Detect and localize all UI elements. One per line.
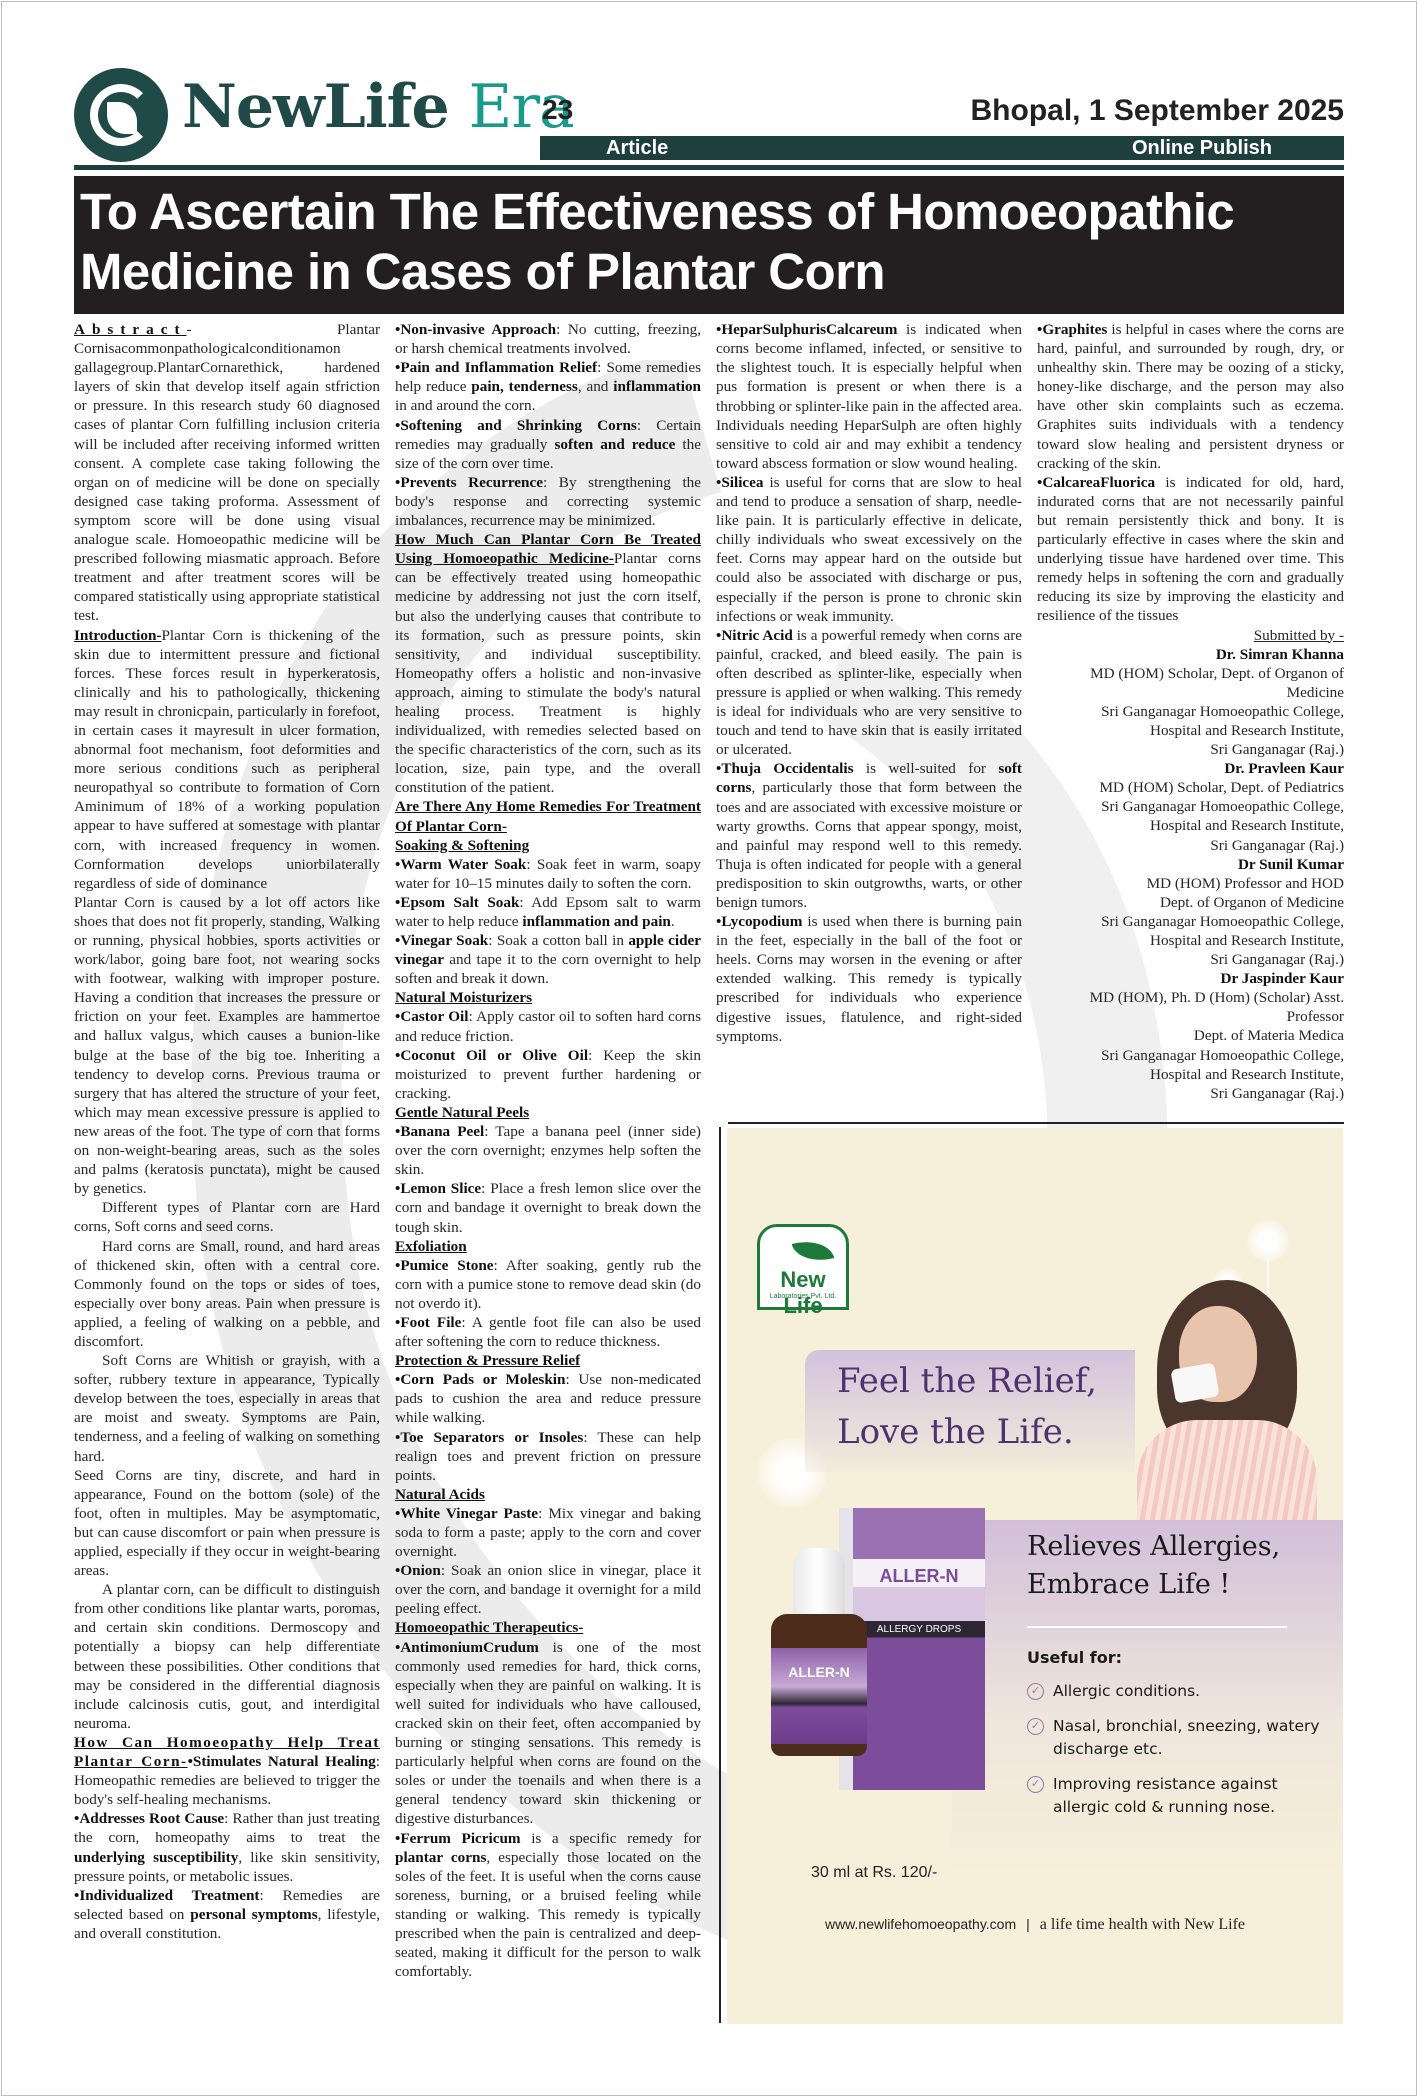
- dandelion-icon: [1247, 1220, 1289, 1262]
- product-price: 30 ml at Rs. 120/-: [811, 1864, 937, 1882]
- remedy-onion: •Onion: Soak an onion slice in vinegar, …: [395, 1561, 701, 1618]
- leaf-icon: [792, 1235, 835, 1267]
- differential-paragraph: A plantar corn, can be difficult to dist…: [74, 1580, 380, 1733]
- therapeutic-antimonium: •AntimoniumCrudum is one of the most com…: [395, 1638, 701, 1829]
- ad-tagline: a life time health with New Life: [1040, 1916, 1245, 1933]
- remedy-foot-file: •Foot File: A gentle foot file can also …: [395, 1313, 701, 1351]
- ad-divider: [1027, 1626, 1287, 1628]
- column-2: x •Non-invasive Approach: No cutting, fr…: [395, 301, 701, 1981]
- author-block: Dr Sunil Kumar MD (HOM) Professor and HO…: [1037, 855, 1344, 970]
- ad-left-rule: [719, 1127, 721, 2023]
- remedy-vinegar-paste: •White Vinegar Paste: Mix vinegar and ba…: [395, 1504, 701, 1561]
- sneezing-woman-image: [1107, 1280, 1327, 1525]
- author-name: Dr Jaspinder Kaur: [1221, 970, 1345, 987]
- remedy-coconut-oil: •Coconut Oil or Olive Oil: Keep the skin…: [395, 1046, 701, 1103]
- bullet-individualized: •Individualized Treatment: Remedies are …: [74, 1886, 380, 1943]
- newlife-logo-icon: [74, 68, 168, 162]
- bullet-pain-relief: •Pain and Inflammation Relief: Some reme…: [395, 358, 701, 415]
- ad-top-rule: [728, 1122, 1344, 1124]
- remedy-epsom-salt: •Epsom Salt Soak: Add Epsom salt to warm…: [395, 893, 701, 931]
- author-name: Dr. Pravleen Kaur: [1224, 760, 1344, 777]
- column-3: xx •HeparSulphurisCalcareum is indicated…: [716, 282, 1022, 1046]
- list-item: ✓Improving resistance against allergic c…: [1027, 1773, 1327, 1819]
- author-name: Dr. Simran Khanna: [1216, 646, 1344, 663]
- check-circle-icon: ✓: [1027, 1776, 1044, 1793]
- how-help-section: How Can Homoeopathy Help Treat Plantar C…: [74, 1733, 380, 1809]
- check-circle-icon: ✓: [1027, 1718, 1044, 1735]
- useful-for-list: ✓Allergic conditions. ✓Nasal, bronchial,…: [1027, 1680, 1327, 1831]
- remedy-warm-water: •Warm Water Soak: Soak feet in warm, soa…: [395, 855, 701, 893]
- subheading-soaking: Soaking & Softening: [395, 836, 701, 855]
- list-item: ✓Allergic conditions.: [1027, 1680, 1327, 1703]
- publish-label: Online Publish: [1132, 136, 1272, 160]
- causes-paragraph: Plantar Corn is caused by a lot off acto…: [74, 893, 380, 1199]
- remedy-vinegar-soak: •Vinegar Soak: Soak a cotton ball in app…: [395, 931, 701, 988]
- remedy-banana-peel: •Banana Peel: Tape a banana peel (inner …: [395, 1122, 701, 1179]
- author-name: Dr Sunil Kumar: [1238, 856, 1344, 873]
- check-circle-icon: ✓: [1027, 1683, 1044, 1700]
- subheading-natural-acids: Natural Acids: [395, 1485, 701, 1504]
- abstract: Abstract- Plantar Cornisacommonpathologi…: [74, 320, 380, 626]
- page-number: 23: [542, 94, 573, 126]
- subheading-protection: Protection & Pressure Relief: [395, 1351, 701, 1370]
- therapeutic-lycopodium: •Lycopodium is used when there is burnin…: [716, 912, 1022, 1046]
- section-label: Article: [606, 136, 668, 160]
- ad-slogan: Feel the Relief, Love the Life.: [837, 1356, 1097, 1458]
- author-block: Dr Jaspinder Kaur MD (HOM), Ph. D (Hom) …: [1037, 969, 1344, 1103]
- therapeutic-nitric-acid: •Nitric Acid is a powerful remedy when c…: [716, 626, 1022, 760]
- bullet-root-cause: •Addresses Root Cause: Rather than just …: [74, 1809, 380, 1885]
- introduction: Introduction-Plantar Corn is thickening …: [74, 626, 380, 893]
- remedy-corn-pads: •Corn Pads or Moleskin: Use non-medicate…: [395, 1370, 701, 1427]
- useful-for-label: Useful for:: [1027, 1648, 1122, 1667]
- masthead-rule: [74, 165, 1344, 170]
- remedy-lemon-slice: •Lemon Slice: Place a fresh lemon slice …: [395, 1179, 701, 1236]
- new-life-labs-logo: New Life Laboratories Pvt. Ltd.: [757, 1224, 849, 1310]
- masthead: NewLife Era 23 Bhopal, 1 September 2025 …: [74, 68, 1344, 168]
- list-item: ✓Nasal, bronchial, sneezing, watery disc…: [1027, 1715, 1327, 1761]
- remedy-pumice-stone: •Pumice Stone: After soaking, gently rub…: [395, 1256, 701, 1313]
- website-link[interactable]: www.newlifehomoeopathy.com: [825, 1916, 1016, 1932]
- publication-name: NewLife Era: [182, 72, 574, 142]
- subheading-peels: Gentle Natural Peels: [395, 1103, 701, 1122]
- how-much-section: How Much Can Plantar Corn Be Treated Usi…: [395, 530, 701, 797]
- submitted-by-label: Submitted by -: [1037, 626, 1344, 645]
- aller-n-advertisement: New Life Laboratories Pvt. Ltd. Feel the…: [727, 1128, 1343, 2024]
- therapeutic-thuja: •Thuja Occidentalis is well-suited for s…: [716, 759, 1022, 912]
- therapeutic-ferrum: •Ferrum Picricum is a specific remedy fo…: [395, 1829, 701, 1982]
- therapeutics-heading: Homoeopathic Therapeutics-: [395, 1618, 701, 1637]
- remedy-castor-oil: •Castor Oil: Apply castor oil to soften …: [395, 1007, 701, 1045]
- section-bar: Article Online Publish: [540, 136, 1344, 160]
- ad-footer: www.newlifehomoeopathy.com|a life time h…: [727, 1916, 1343, 1934]
- therapeutic-silicea: •Silicea is useful for corns that are sl…: [716, 473, 1022, 626]
- soft-corns-paragraph: Soft Corns are Whitish or grayish, with …: [74, 1351, 380, 1466]
- article-headline: To Ascertain The Effectiveness of Homoeo…: [74, 176, 1344, 314]
- subheading-moisturizers: Natural Moisturizers: [395, 988, 701, 1007]
- author-block: Dr. Pravleen Kaur MD (HOM) Scholar, Dept…: [1037, 759, 1344, 854]
- column-4: •Graphites is helpful in cases where the…: [1037, 320, 1344, 1103]
- therapeutic-hepar: •HeparSulphurisCalcareum is indicated wh…: [716, 320, 1022, 473]
- author-block: Dr. Simran Khanna MD (HOM) Scholar, Dept…: [1037, 645, 1344, 760]
- bullet-softening: •Softening and Shrinking Corns: Certain …: [395, 416, 701, 473]
- subheading-exfoliation: Exfoliation: [395, 1237, 701, 1256]
- dateline: Bhopal, 1 September 2025: [971, 94, 1344, 128]
- home-remedies-heading: Are There Any Home Remedies For Treatmen…: [395, 797, 701, 835]
- bullet-non-invasive: •Non-invasive Approach: No cutting, free…: [395, 320, 701, 358]
- types-paragraph: Different types of Plantar corn are Hard…: [74, 1198, 380, 1236]
- column-1: Abstract- Plantar Cornisacommonpathologi…: [74, 320, 380, 1943]
- ad-title: Relieves Allergies, Embrace Life !: [1027, 1528, 1280, 1604]
- product-box-image: ALLER-N ALLERGY DROPS: [853, 1508, 985, 1790]
- hard-corns-paragraph: Hard corns are Small, round, and hard ar…: [74, 1237, 380, 1352]
- author-credits: Submitted by - Dr. Simran Khanna MD (HOM…: [1037, 626, 1344, 1103]
- therapeutic-graphites: •Graphites is helpful in cases where the…: [1037, 320, 1344, 473]
- therapeutic-calcarea: •CalcareaFluorica is indicated for old, …: [1037, 473, 1344, 626]
- bullet-recurrence: •Prevents Recurrence: By strengthening t…: [395, 473, 701, 530]
- remedy-toe-separators: •Toe Separators or Insoles: These can he…: [395, 1428, 701, 1485]
- product-bottle-image: ALLER-N: [771, 1548, 867, 1756]
- seed-corns-paragraph: Seed Corns are tiny, discrete, and hard …: [74, 1466, 380, 1581]
